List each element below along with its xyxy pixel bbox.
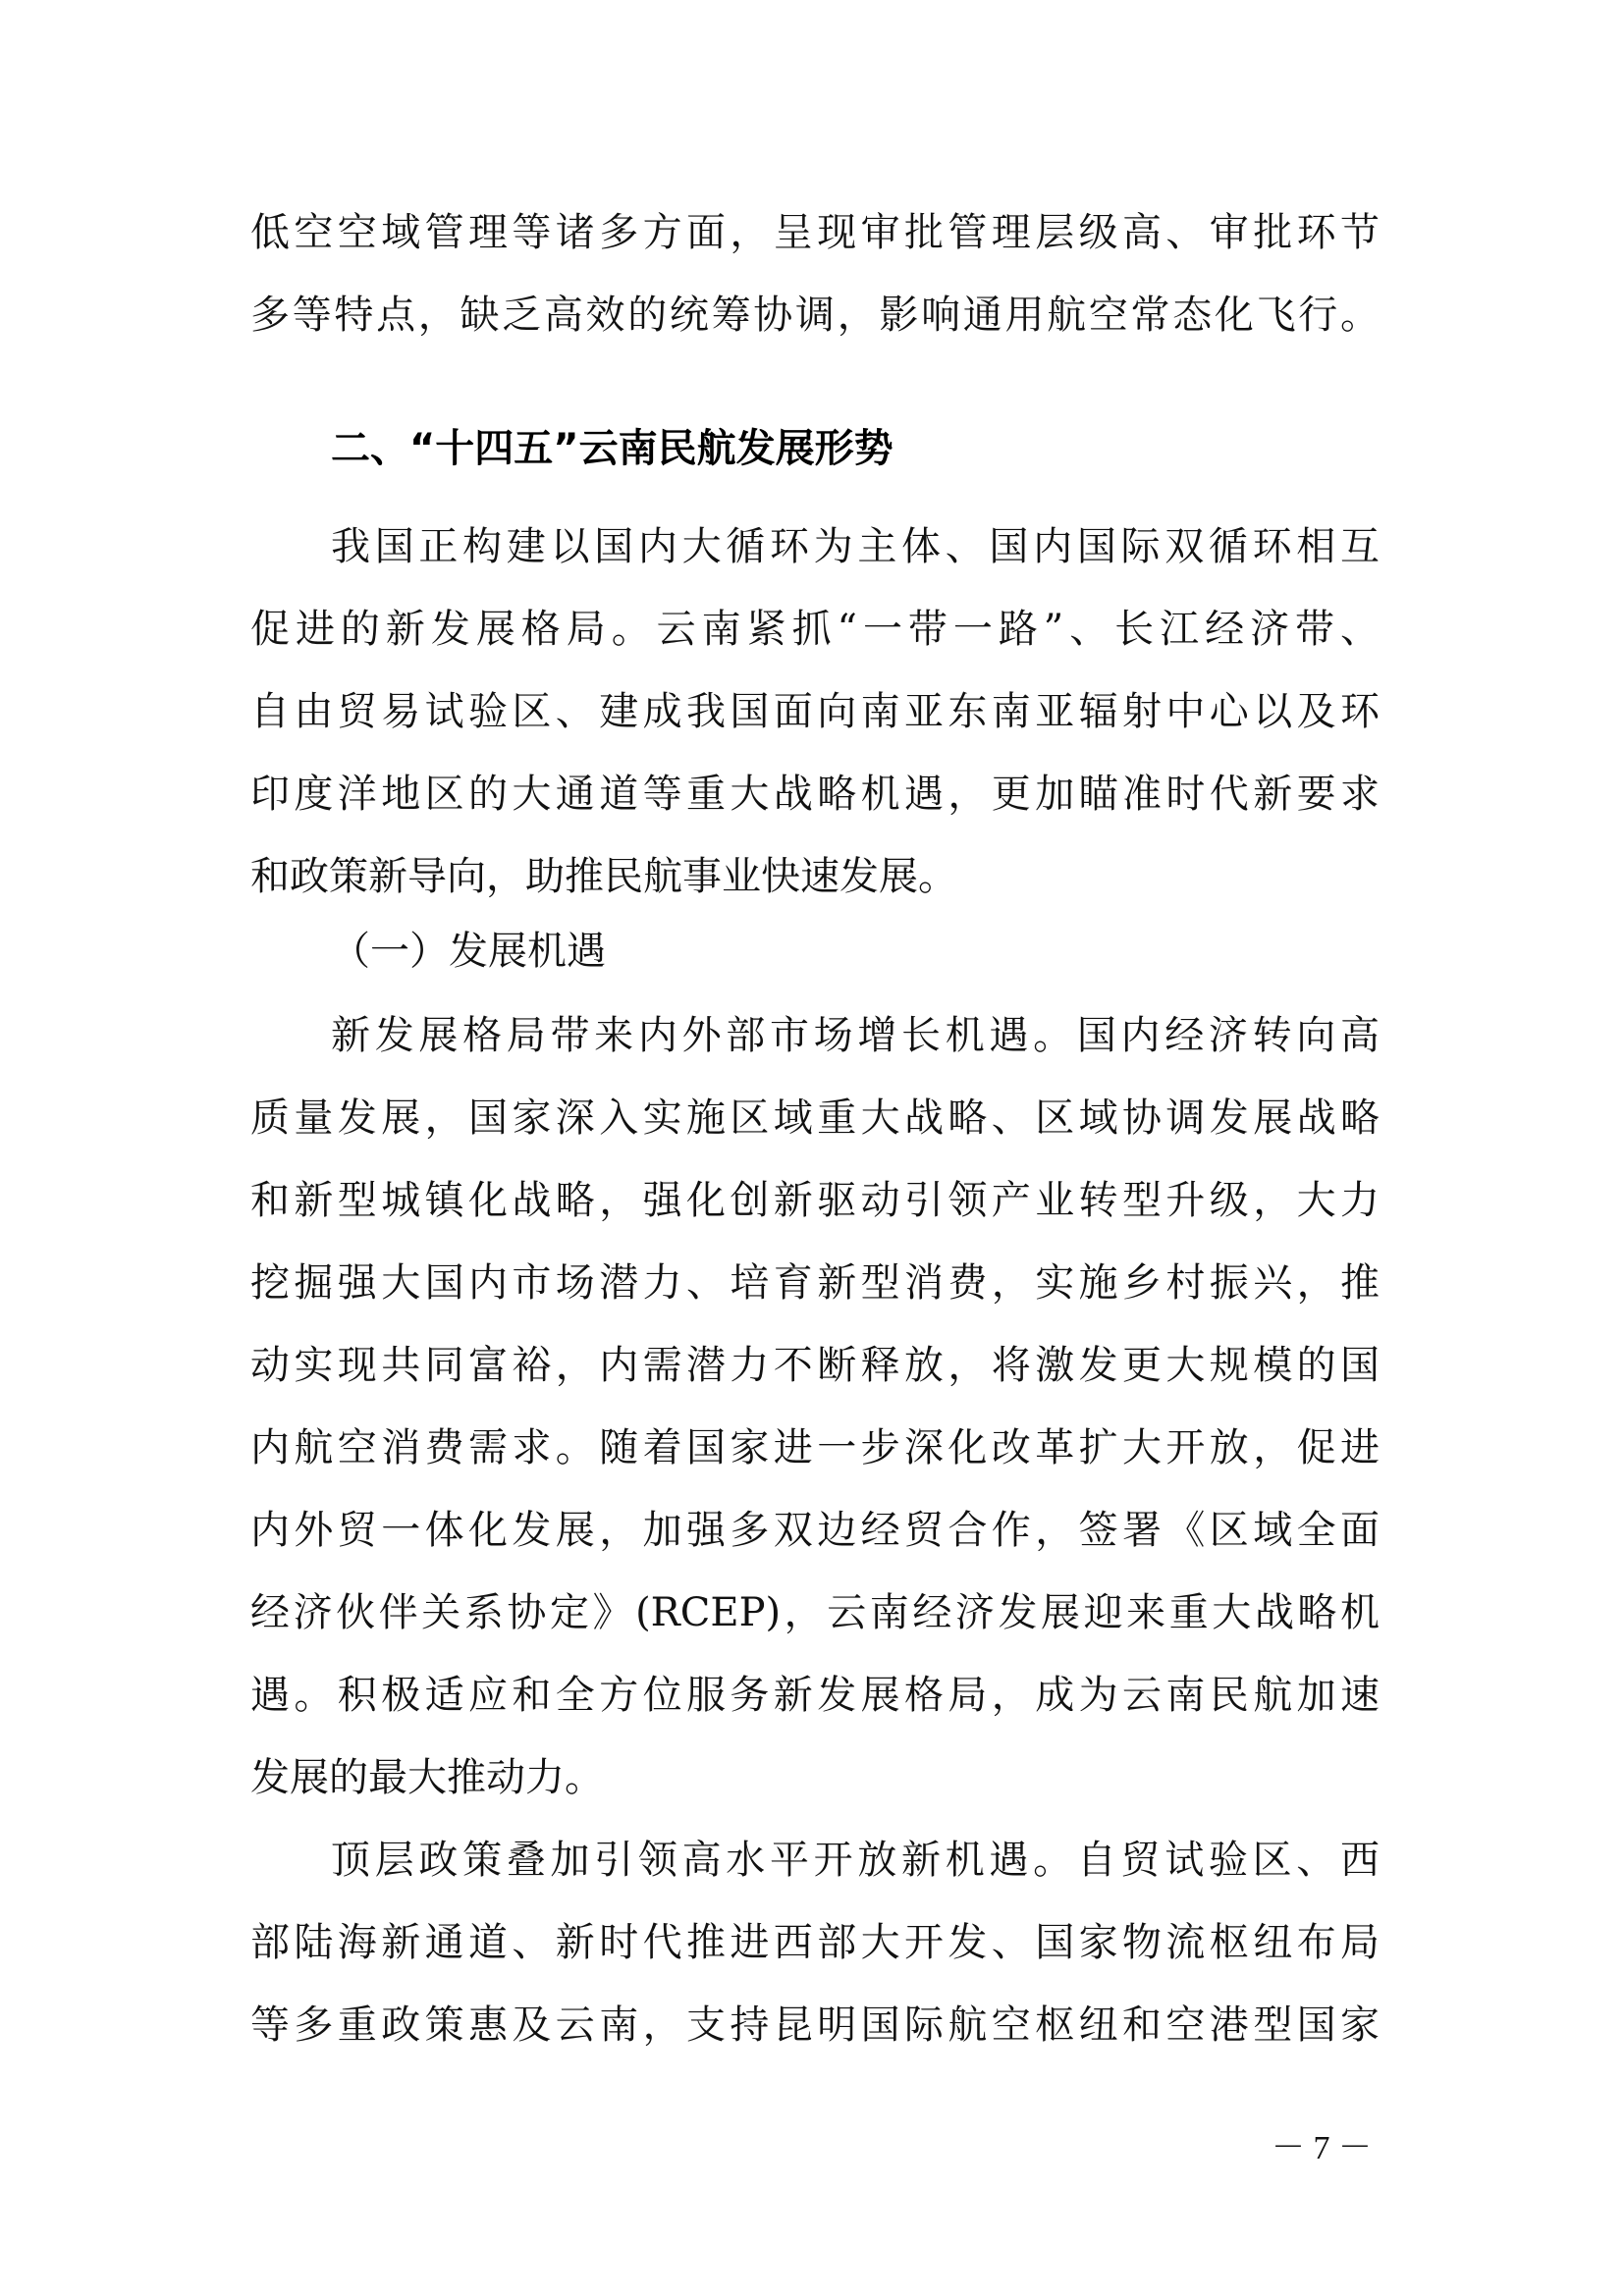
body-line: 促进的新发展格局。云南紧抓“一带一路”、长江经济带、 — [250, 600, 1380, 659]
body-line: 自由贸易试验区、建成我国面向南亚东南亚辐射中心以及环 — [250, 682, 1380, 741]
body-line: 多等特点，缺乏高效的统筹协调，影响通用航空常态化飞行。 — [250, 286, 1380, 345]
body-line: 新发展格局带来内外部市场增长机遇。国内经济转向高 — [331, 1006, 1380, 1065]
body-line: 低空空域管理等诸多方面，呈现审批管理层级高、审批环节 — [250, 203, 1380, 262]
body-line: 部陆海新通道、新时代推进西部大开发、国家物流枢纽布局 — [250, 1913, 1380, 1972]
body-line: 顶层政策叠加引领高水平开放新机遇。自贸试验区、西 — [331, 1831, 1380, 1890]
body-line: 我国正构建以国内大循环为主体、国内国际双循环相互 — [331, 517, 1380, 576]
document-page: 低空空域管理等诸多方面，呈现审批管理层级高、审批环节 多等特点，缺乏高效的统筹协… — [0, 0, 1624, 2296]
body-line: 和政策新导向，助推民航事业快速发展。 — [250, 847, 1380, 906]
body-line: 动实现共同富裕，内需潜力不断释放，将激发更大规模的国 — [250, 1336, 1380, 1395]
body-line: 内航空消费需求。随着国家进一步深化改革扩大开放，促进 — [250, 1418, 1380, 1477]
body-line: 发展的最大推动力。 — [250, 1748, 1380, 1807]
section-heading: 二、“十四五”云南民航发展形势 — [331, 419, 893, 478]
body-line: 印度洋地区的大通道等重大战略机遇，更加瞄准时代新要求 — [250, 765, 1380, 824]
body-line: 遇。积极适应和全方位服务新发展格局，成为云南民航加速 — [250, 1666, 1380, 1725]
body-line: 挖掘强大国内市场潜力、培育新型消费，实施乡村振兴，推 — [250, 1254, 1380, 1312]
body-line: 和新型城镇化战略，强化创新驱动引领产业转型升级，大力 — [250, 1171, 1380, 1230]
body-line: 经济伙伴关系协定》(RCEP)，云南经济发展迎来重大战略机 — [250, 1583, 1380, 1642]
body-line: 等多重政策惠及云南，支持昆明国际航空枢纽和空港型国家 — [250, 1996, 1380, 2055]
body-line: 内外贸一体化发展，加强多双边经贸合作，签署《区域全面 — [250, 1501, 1380, 1560]
subsection-heading: （一）发展机遇 — [331, 922, 606, 981]
body-line: 质量发展，国家深入实施区域重大战略、区域协调发展战略 — [250, 1089, 1380, 1148]
page-number: － 7 － — [1272, 2120, 1372, 2168]
